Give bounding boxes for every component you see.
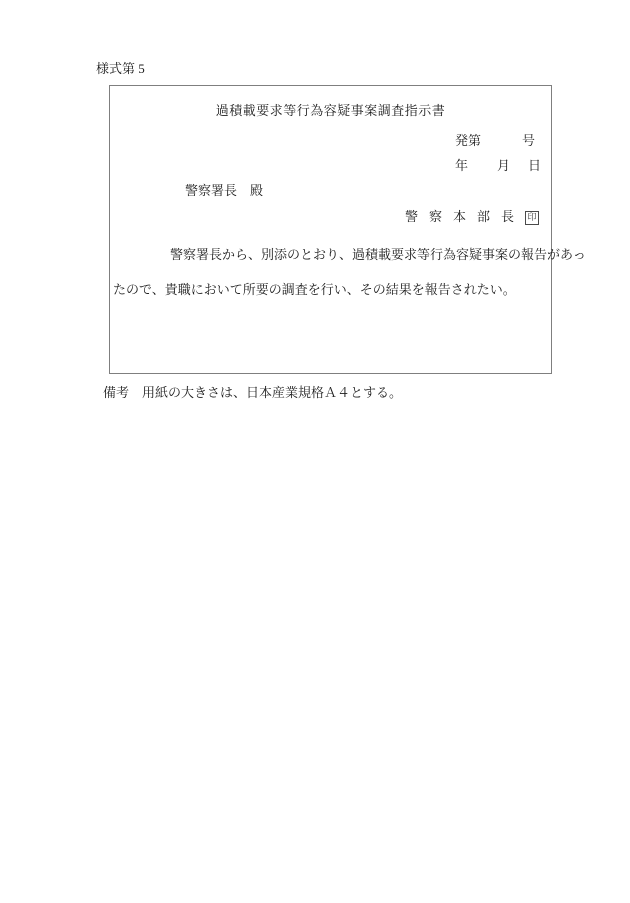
seal-mark: 印 xyxy=(525,211,539,225)
date-year-label: 年 xyxy=(455,158,468,173)
issue-number-prefix: 発第 xyxy=(455,133,481,148)
sender-line: 警察本部長印 xyxy=(405,209,539,225)
document-page: 様式第 5 過積載要求等行為容疑事案調査指示書 発第号 年月日 警察署長 殿 警… xyxy=(0,0,630,903)
form-box: 過積載要求等行為容疑事案調査指示書 発第号 年月日 警察署長 殿 警察本部長印 … xyxy=(109,85,552,374)
date-line: 年月日 xyxy=(455,158,541,174)
body-text-line2: たので、貴職において所要の調査を行い、その結果を報告されたい。 xyxy=(113,282,516,298)
body-text-line1: 警察署長から、別添のとおり、過積載要求等行為容疑事案の報告があっ xyxy=(170,247,586,263)
issue-number-line: 発第号 xyxy=(455,133,535,149)
issue-number-suffix: 号 xyxy=(522,133,535,148)
form-number-label: 様式第 5 xyxy=(96,61,145,77)
form-title: 過積載要求等行為容疑事案調査指示書 xyxy=(110,103,551,119)
addressee-line: 警察署長 殿 xyxy=(185,183,263,199)
date-day-label: 日 xyxy=(528,158,541,173)
sender-title: 警察本部長 xyxy=(405,209,525,224)
remarks-note: 備考 用紙の大きさは、日本産業規格Ａ４とする。 xyxy=(103,385,402,401)
date-month-label: 月 xyxy=(497,158,510,173)
